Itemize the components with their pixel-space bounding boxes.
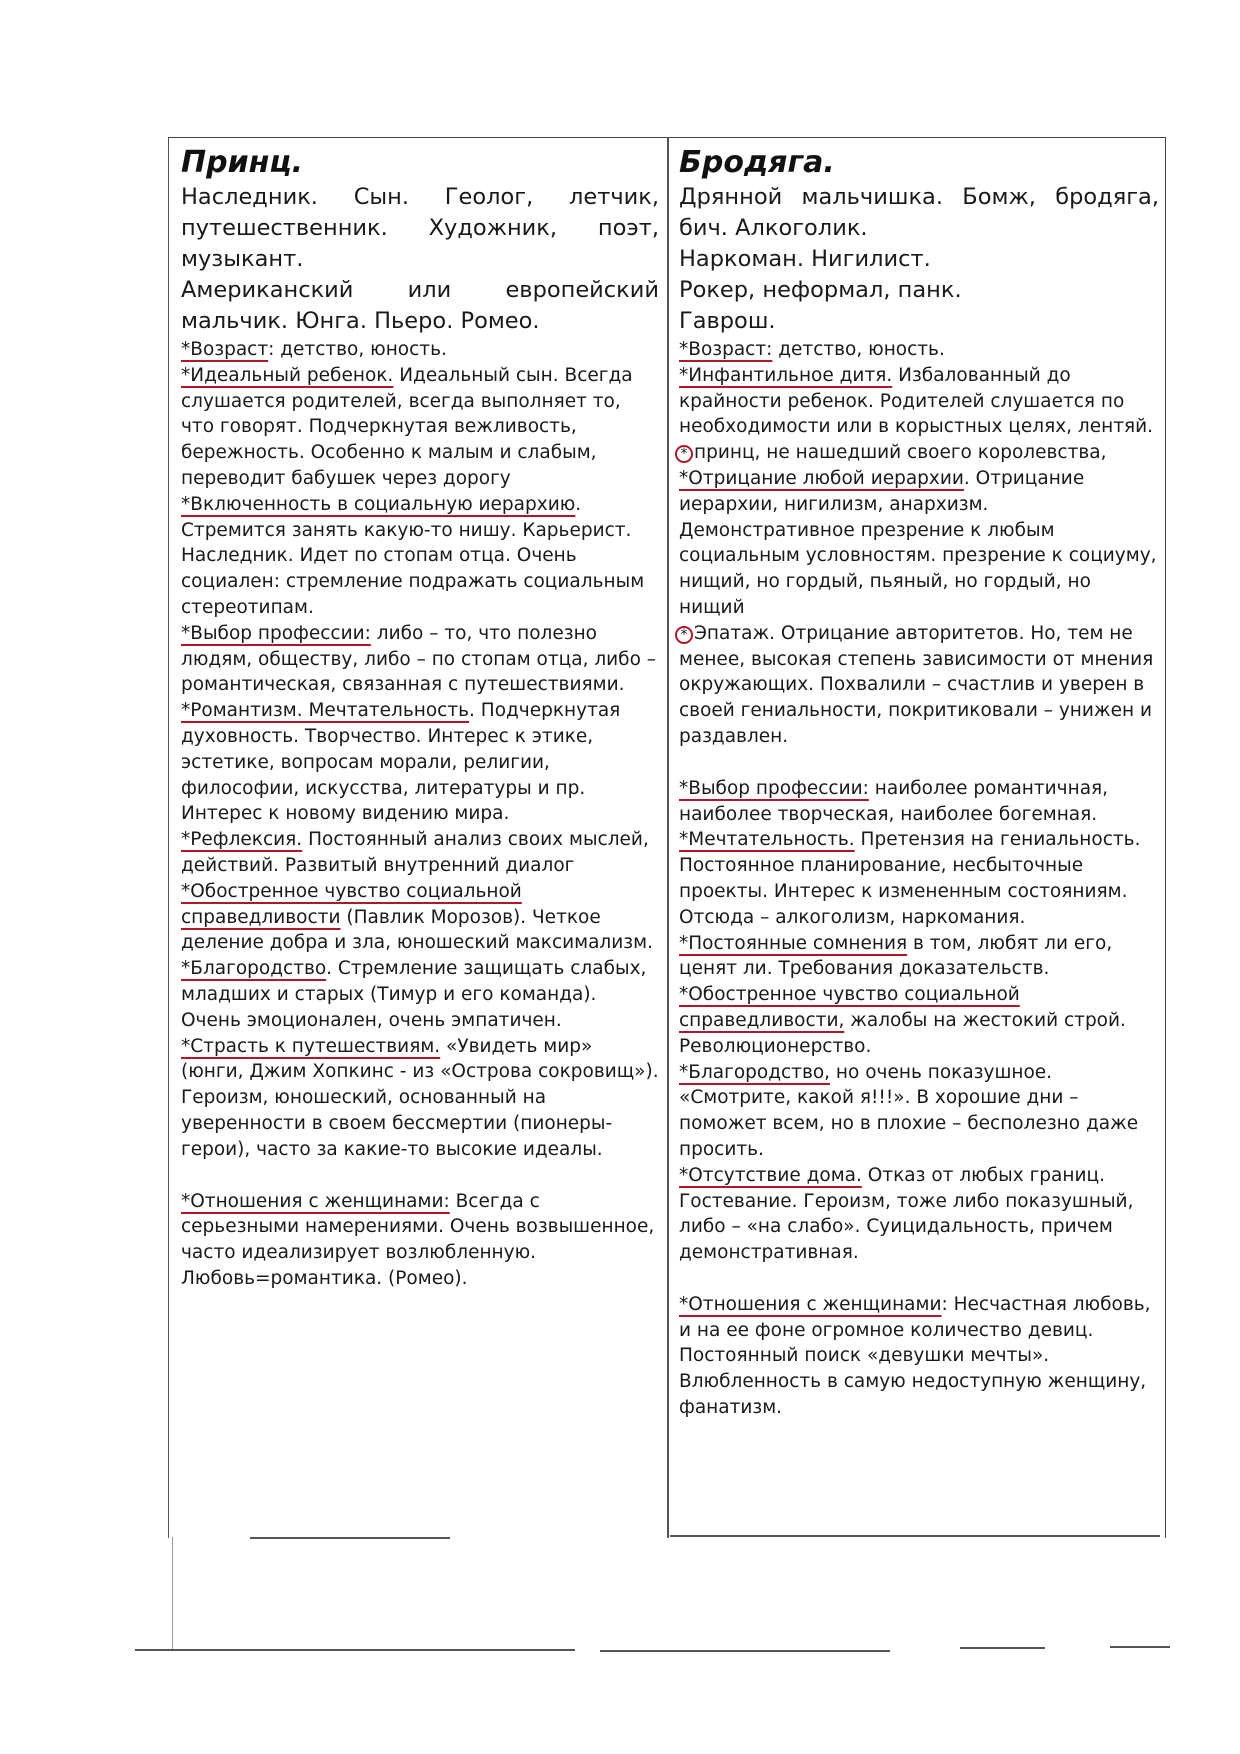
- circled-asterisk-icon: *: [675, 626, 693, 644]
- trait-item: *Мечтательность. Претензия на гениальнос…: [679, 827, 1159, 930]
- traits-prince: *Возраст: детство, юность.*Идеальный реб…: [181, 337, 659, 1292]
- trait-item: *Отношения с женщинами: Несчастная любов…: [679, 1292, 1159, 1421]
- trait-item: *Инфантильное дитя. Избалованный до край…: [679, 363, 1159, 440]
- column-title-vagabond: Бродяга.: [679, 146, 1159, 180]
- trait-heading: *Выбор профессии:: [181, 623, 371, 644]
- trait-item: *Страсть к путешествиям. «Увидеть мир» (…: [181, 1034, 659, 1163]
- trait-heading: *Включенность в социальную иерархию: [181, 494, 575, 515]
- trait-item: *Идеальный ребенок. Идеальный сын. Всегд…: [181, 363, 659, 492]
- trait-heading: *Инфантильное дитя.: [679, 365, 892, 386]
- trait-text: . Отрицание иерархии, нигилизм, анархизм…: [679, 468, 1157, 618]
- column-vagabond: Бродяга. Дрянной мальчишка. Бомж, бродяг…: [679, 146, 1159, 1421]
- trait-item: *Благородство. Стремление защищать слабы…: [181, 956, 659, 1033]
- trait-heading: *Возраст: [181, 339, 268, 360]
- trait-text: : детство, юность.: [268, 339, 447, 360]
- trait-heading: *Постоянные сомнения: [679, 933, 907, 954]
- scan-line: [250, 1537, 450, 1539]
- spacer: [679, 1266, 1159, 1292]
- trait-item: *Романтизм. Мечтательность. Подчеркнутая…: [181, 698, 659, 827]
- trait-heading: *Возраст:: [679, 339, 772, 360]
- trait-item: *Обостренное чувство социальной справедл…: [679, 982, 1159, 1059]
- comparison-table: Принц. Наследник. Сын. Геолог, летчик, п…: [168, 137, 1166, 1538]
- trait-item: *Постоянные сомнения в том, любят ли его…: [679, 931, 1159, 983]
- trait-item: *Отношения с женщинами: Всегда с серьезн…: [181, 1189, 659, 1292]
- trait-heading: *Отсутствие дома.: [679, 1165, 862, 1186]
- scan-line: [1110, 1646, 1170, 1648]
- trait-text: принц, не нашедший своего королевства,: [694, 442, 1106, 463]
- empty-bottom-area: [172, 1537, 1163, 1649]
- trait-heading: *Страсть к путешествиям.: [181, 1036, 440, 1057]
- spacer: [679, 750, 1159, 776]
- trait-item: *Обостренное чувство социальной справедл…: [181, 879, 659, 956]
- trait-item: *Возраст: детство, юность.: [679, 337, 1159, 363]
- scan-line: [960, 1647, 1045, 1649]
- column-title-prince: Принц.: [181, 146, 659, 180]
- intro-line: Гаврош.: [679, 306, 1159, 337]
- trait-heading: *Благородство,: [679, 1062, 830, 1083]
- trait-heading: *Рефлексия.: [181, 829, 302, 850]
- trait-heading: *Благородство: [181, 958, 326, 979]
- intro-prince: Наследник. Сын. Геолог, летчик, путешест…: [181, 182, 659, 337]
- scan-line: [600, 1650, 890, 1652]
- column-divider: [667, 138, 669, 1538]
- intro-line: Рокер, неформал, панк.: [679, 275, 1159, 306]
- trait-heading: *Отношения с женщинами: [679, 1294, 942, 1315]
- trait-item: *Возраст: детство, юность.: [181, 337, 659, 363]
- trait-heading: *Мечтательность.: [679, 829, 855, 850]
- trait-heading: *Отношения с женщинами:: [181, 1191, 450, 1212]
- circled-asterisk-icon: *: [675, 445, 693, 463]
- trait-heading: *Романтизм. Мечтательность: [181, 700, 469, 721]
- intro-line: Американский или европейский мальчик. Юн…: [181, 275, 659, 337]
- intro-line: Дрянной мальчишка. Бомж, бродяга, бич. А…: [679, 182, 1159, 244]
- traits-vagabond: *Возраст: детство, юность.*Инфантильное …: [679, 337, 1159, 1421]
- column-prince: Принц. Наследник. Сын. Геолог, летчик, п…: [181, 146, 659, 1292]
- intro-vagabond: Дрянной мальчишка. Бомж, бродяга, бич. А…: [679, 182, 1159, 337]
- scan-line: [670, 1535, 1160, 1537]
- trait-heading: *Отрицание любой иерархии: [679, 468, 964, 489]
- trait-heading: *Выбор профессии:: [679, 778, 869, 799]
- trait-item: *Выбор профессии: наиболее романтичная, …: [679, 776, 1159, 828]
- intro-line: Наркоман. Нигилист.: [679, 244, 1159, 275]
- trait-text: детство, юность.: [772, 339, 944, 360]
- trait-item: *Эпатаж. Отрицание авторитетов. Но, тем …: [679, 621, 1159, 750]
- trait-item: *Отсутствие дома. Отказ от любых границ.…: [679, 1163, 1159, 1266]
- trait-text: Эпатаж. Отрицание авторитетов. Но, тем н…: [679, 623, 1153, 747]
- trait-item: *Рефлексия. Постоянный анализ своих мысл…: [181, 827, 659, 879]
- intro-line: Наследник. Сын. Геолог, летчик, путешест…: [181, 182, 659, 275]
- trait-heading: *Идеальный ребенок.: [181, 365, 393, 386]
- trait-item: *Отрицание любой иерархии. Отрицание иер…: [679, 466, 1159, 621]
- trait-item: *Благородство, но очень показушное. «Смо…: [679, 1060, 1159, 1163]
- scan-line: [135, 1649, 575, 1651]
- trait-item: *принц, не нашедший своего королевства,: [679, 440, 1159, 466]
- trait-item: *Выбор профессии: либо – то, что полезно…: [181, 621, 659, 698]
- trait-item: *Включенность в социальную иерархию. Стр…: [181, 492, 659, 621]
- spacer: [181, 1163, 659, 1189]
